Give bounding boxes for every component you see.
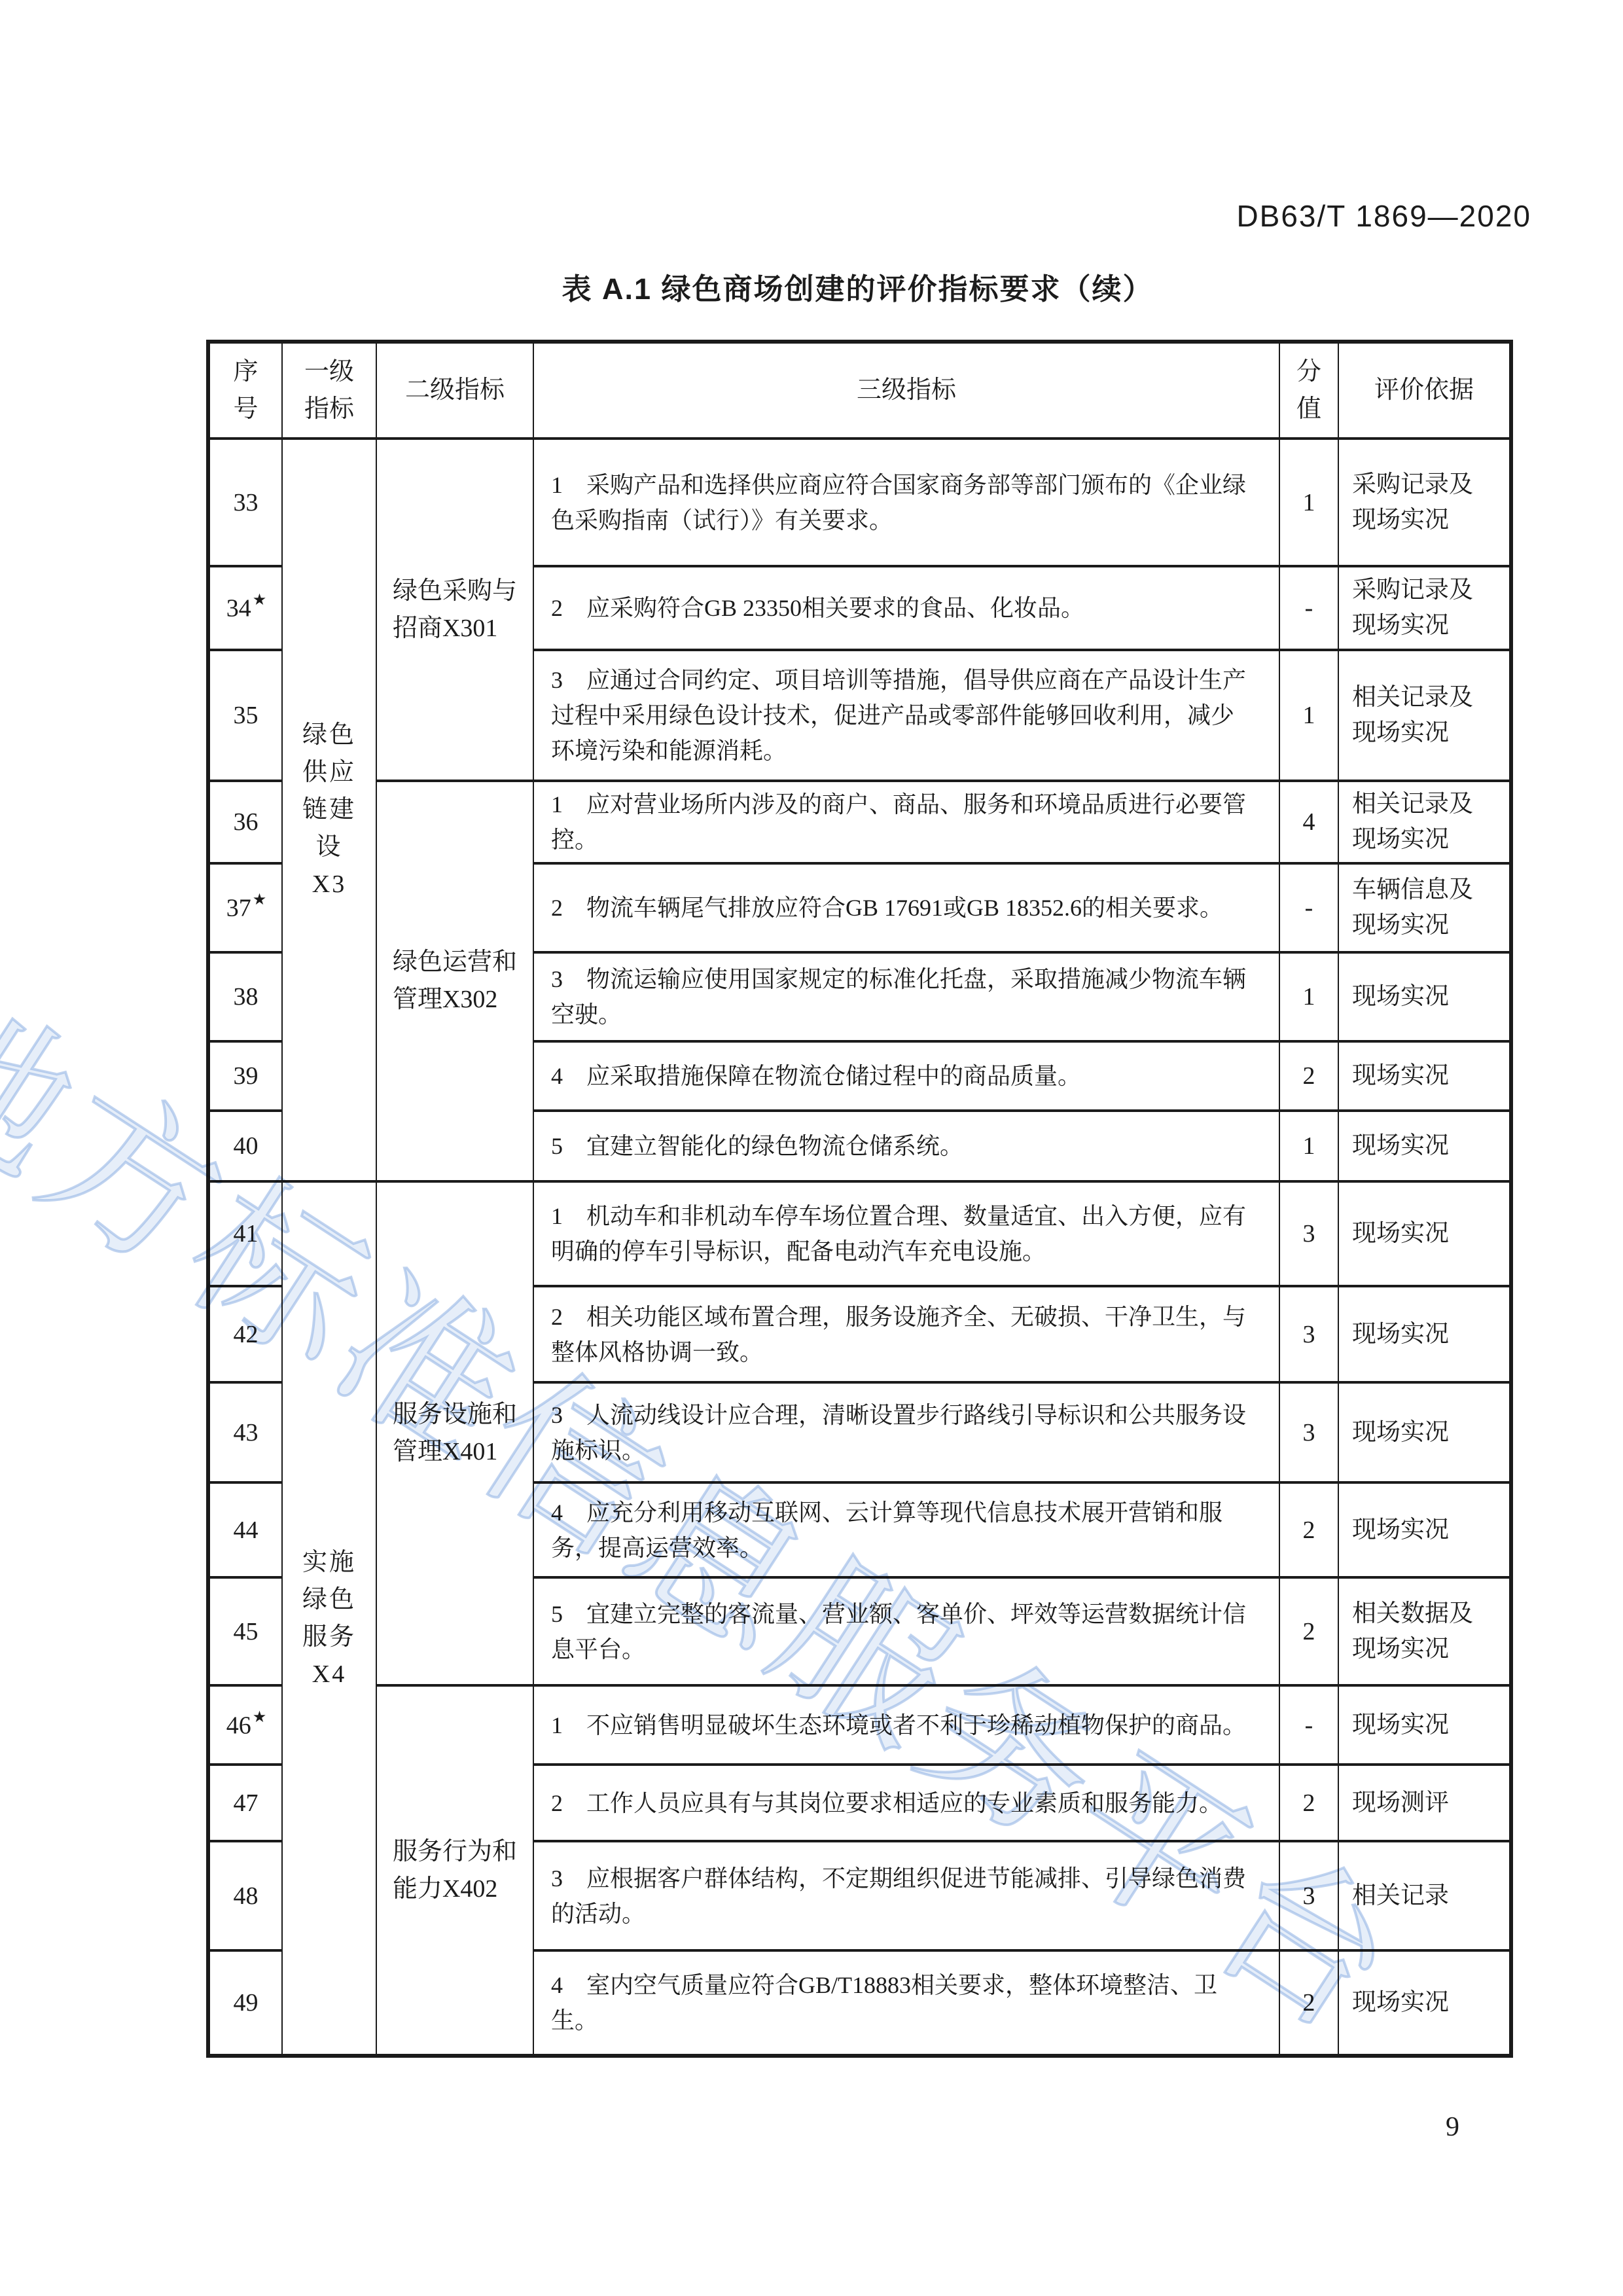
row-42-indicator: 2 相关功能区域布置合理，服务设施齐全、无破损、干净卫生，与 整体风格协调一致。: [533, 1286, 1279, 1382]
basis-text: 采购记录及 现场实况: [1339, 467, 1509, 537]
basis-text: 车辆信息及 现场实况: [1339, 872, 1509, 942]
basis-text: 现场实况: [1339, 1415, 1509, 1450]
table-row-36: 36 绿色运营和 管理X302 1 应对营业场所内涉及的商户、商品、服务和环境品…: [208, 781, 1511, 863]
basis-text: 相关记录: [1339, 1878, 1509, 1914]
row-48-basis: 相关记录: [1338, 1841, 1511, 1950]
row-45-score: 2: [1279, 1577, 1338, 1685]
col-header-score: 分 值: [1279, 342, 1338, 439]
row-43-basis: 现场实况: [1338, 1382, 1511, 1482]
evaluation-indicator-table: 序 号 一级 指标 二级指标 三级指标 分 值 评价依据 33 绿色 供应 链建…: [206, 340, 1513, 2058]
indicator-text: 1 不应销售明显破坏生态环境或者不利于珍稀动植物保护的商品。: [534, 1708, 1279, 1743]
row-37-basis: 车辆信息及 现场实况: [1338, 863, 1511, 952]
level1-group-x3-label: 绿色 供应 链建 设 X3: [302, 717, 356, 903]
level2-group-x402: 服务行为和 能力X402: [376, 1685, 533, 2056]
col-header-level1-label: 一级 指标: [283, 353, 376, 428]
col-header-no-label: 序 号: [210, 353, 281, 428]
row-47-score: 2: [1279, 1765, 1338, 1841]
row-number: 35: [234, 702, 259, 729]
row-43-indicator: 3 人流动线设计应合理，清晰设置步行路线引导标识和公共服务设 施标识。: [533, 1382, 1279, 1482]
level2-group-x302: 绿色运营和 管理X302: [376, 781, 533, 1181]
row-number: 43: [234, 1419, 259, 1446]
row-number: 49: [234, 1989, 259, 2017]
row-47-basis: 现场测评: [1338, 1765, 1511, 1841]
indicator-text: 4 室内空气质量应符合GB/T18883相关要求，整体环境整洁、卫 生。: [534, 1967, 1279, 2038]
basis-text: 现场测评: [1339, 1785, 1509, 1821]
row-34-indicator: 2 应采购符合GB 23350相关要求的食品、化妆品。: [533, 566, 1279, 650]
row-38-basis: 现场实况: [1338, 952, 1511, 1041]
level1-group-x3: 绿色 供应 链建 设 X3: [282, 439, 376, 1181]
row-48-no: 48: [208, 1841, 282, 1950]
row-33-indicator: 1 采购产品和选择供应商应符合国家商务部等部门颁布的《企业绿 色采购指南（试行）…: [533, 439, 1279, 566]
row-44-no: 44: [208, 1482, 282, 1577]
row-38-indicator: 3 物流运输应使用国家规定的标准化托盘，采取措施减少物流车辆 空驶。: [533, 952, 1279, 1041]
col-header-level3-label: 三级指标: [534, 372, 1279, 409]
row-40-score: 1: [1279, 1111, 1338, 1181]
level2-group-x401-label: 服务设施和 管理X401: [393, 1396, 517, 1471]
row-43-no: 43: [208, 1382, 282, 1482]
row-34-score: -: [1279, 566, 1338, 650]
basis-text: 现场实况: [1339, 1985, 1509, 2020]
row-46-basis: 现场实况: [1338, 1685, 1511, 1765]
row-38-no: 38: [208, 952, 282, 1041]
row-49-no: 49: [208, 1950, 282, 2056]
basis-text: 相关记录及 现场实况: [1339, 680, 1509, 750]
row-36-indicator: 1 应对营业场所内涉及的商户、商品、服务和环境品质进行必要管 控。: [533, 781, 1279, 863]
level2-group-x302-label: 绿色运营和 管理X302: [393, 944, 517, 1018]
row-46-indicator: 1 不应销售明显破坏生态环境或者不利于珍稀动植物保护的商品。: [533, 1685, 1279, 1765]
basis-text: 采购记录及 现场实况: [1339, 573, 1509, 643]
star-mark: ★: [253, 592, 267, 609]
row-49-indicator: 4 室内空气质量应符合GB/T18883相关要求，整体环境整洁、卫 生。: [533, 1950, 1279, 2056]
indicator-text: 3 应根据客户群体结构，不定期组织促进节能减排、引导绿色消费 的活动。: [534, 1861, 1279, 1931]
basis-text: 现场实况: [1339, 1058, 1509, 1094]
level2-group-x301-label: 绿色采购与 招商X301: [393, 573, 517, 647]
indicator-text: 2 应采购符合GB 23350相关要求的食品、化妆品。: [534, 590, 1279, 626]
page-number: 9: [1446, 2111, 1459, 2143]
row-42-no: 42: [208, 1286, 282, 1382]
row-46-no: 46★: [208, 1685, 282, 1765]
basis-text: 现场实况: [1339, 1128, 1509, 1164]
document-page: DB63/T 1869—2020 表 A.1 绿色商场创建的评价指标要求（续） …: [0, 0, 1623, 2296]
row-number: 46: [226, 1712, 251, 1739]
row-35-basis: 相关记录及 现场实况: [1338, 650, 1511, 781]
row-40-indicator: 5 宜建立智能化的绿色物流仓储系统。: [533, 1111, 1279, 1181]
col-header-level3: 三级指标: [533, 342, 1279, 439]
level2-group-x301: 绿色采购与 招商X301: [376, 439, 533, 781]
row-48-indicator: 3 应根据客户群体结构，不定期组织促进节能减排、引导绿色消费 的活动。: [533, 1841, 1279, 1950]
col-header-score-label: 分 值: [1280, 353, 1338, 428]
row-41-no: 41: [208, 1181, 282, 1286]
row-43-score: 3: [1279, 1382, 1338, 1482]
indicator-text: 3 人流动线设计应合理，清晰设置步行路线引导标识和公共服务设 施标识。: [534, 1397, 1279, 1468]
row-number: 34: [226, 595, 251, 622]
row-number: 37: [226, 895, 251, 922]
indicator-text: 4 应采取措施保障在物流仓储过程中的商品质量。: [534, 1058, 1279, 1094]
basis-text: 现场实况: [1339, 1216, 1509, 1251]
row-46-score: -: [1279, 1685, 1338, 1765]
row-37-no: 37★: [208, 863, 282, 952]
star-mark: ★: [253, 891, 267, 908]
row-number: 45: [234, 1618, 259, 1645]
indicator-text: 5 宜建立完整的客流量、营业额、客单价、坪效等运营数据统计信 息平台。: [534, 1596, 1279, 1667]
row-49-score: 2: [1279, 1950, 1338, 2056]
row-39-score: 2: [1279, 1041, 1338, 1111]
row-34-no: 34★: [208, 566, 282, 650]
row-47-indicator: 2 工作人员应具有与其岗位要求相适应的专业素质和服务能力。: [533, 1765, 1279, 1841]
row-39-basis: 现场实况: [1338, 1041, 1511, 1111]
row-45-no: 45: [208, 1577, 282, 1685]
indicator-text: 2 相关功能区域布置合理，服务设施齐全、无破损、干净卫生，与 整体风格协调一致。: [534, 1299, 1279, 1370]
basis-text: 现场实况: [1339, 1317, 1509, 1352]
row-37-score: -: [1279, 863, 1338, 952]
level2-group-x401: 服务设施和 管理X401: [376, 1181, 533, 1685]
row-33-score: 1: [1279, 439, 1338, 566]
basis-text: 相关记录及 现场实况: [1339, 787, 1509, 857]
row-40-no: 40: [208, 1111, 282, 1181]
indicator-text: 5 宜建立智能化的绿色物流仓储系统。: [534, 1128, 1279, 1164]
row-44-basis: 现场实况: [1338, 1482, 1511, 1577]
basis-text: 现场实况: [1339, 979, 1509, 1014]
table-row-33: 33 绿色 供应 链建 设 X3 绿色采购与 招商X301 1 采购产品和选择供…: [208, 439, 1511, 566]
level2-group-x402-label: 服务行为和 能力X402: [393, 1833, 517, 1908]
row-number: 40: [234, 1132, 259, 1160]
row-number: 42: [234, 1321, 259, 1348]
indicator-text: 2 工作人员应具有与其岗位要求相适应的专业素质和服务能力。: [534, 1785, 1279, 1821]
row-number: 48: [234, 1882, 259, 1910]
table-header-row: 序 号 一级 指标 二级指标 三级指标 分 值 评价依据: [208, 342, 1511, 439]
row-42-score: 3: [1279, 1286, 1338, 1382]
row-36-score: 4: [1279, 781, 1338, 863]
row-42-basis: 现场实况: [1338, 1286, 1511, 1382]
table-title: 表 A.1 绿色商场创建的评价指标要求（续）: [206, 265, 1509, 308]
row-37-indicator: 2 物流车辆尾气排放应符合GB 17691或GB 18352.6的相关要求。: [533, 863, 1279, 952]
row-34-basis: 采购记录及 现场实况: [1338, 566, 1511, 650]
row-38-score: 1: [1279, 952, 1338, 1041]
indicator-text: 4 应充分利用移动互联网、云计算等现代信息技术展开营销和服 务，提高运营效率。: [534, 1495, 1279, 1566]
table-row-41: 41 实施 绿色 服务 X4 服务设施和 管理X401 1 机动车和非机动车停车…: [208, 1181, 1511, 1286]
row-36-basis: 相关记录及 现场实况: [1338, 781, 1511, 863]
star-mark: ★: [253, 1709, 267, 1726]
indicator-text: 1 机动车和非机动车停车场位置合理、数量适宜、出入方便，应有 明确的停车引导标识…: [534, 1198, 1279, 1269]
basis-text: 相关数据及 现场实况: [1339, 1596, 1509, 1666]
row-35-no: 35: [208, 650, 282, 781]
row-41-score: 3: [1279, 1181, 1338, 1286]
row-number: 38: [234, 983, 259, 1011]
col-header-basis: 评价依据: [1338, 342, 1511, 439]
basis-text: 现场实况: [1339, 1708, 1509, 1743]
row-number: 33: [234, 489, 259, 516]
row-39-indicator: 4 应采取措施保障在物流仓储过程中的商品质量。: [533, 1041, 1279, 1111]
row-number: 47: [234, 1789, 259, 1817]
row-36-no: 36: [208, 781, 282, 863]
row-48-score: 3: [1279, 1841, 1338, 1950]
col-header-basis-label: 评价依据: [1339, 372, 1509, 409]
row-47-no: 47: [208, 1765, 282, 1841]
col-header-level1: 一级 指标: [282, 342, 376, 439]
indicator-text: 1 采购产品和选择供应商应符合国家商务部等部门颁布的《企业绿 色采购指南（试行）…: [534, 467, 1279, 538]
row-44-indicator: 4 应充分利用移动互联网、云计算等现代信息技术展开营销和服 务，提高运营效率。: [533, 1482, 1279, 1577]
row-35-indicator: 3 应通过合同约定、项目培训等措施，倡导供应商在产品设计生产 过程中采用绿色设计…: [533, 650, 1279, 781]
indicator-text: 2 物流车辆尾气排放应符合GB 17691或GB 18352.6的相关要求。: [534, 890, 1279, 925]
col-header-level2-label: 二级指标: [377, 372, 533, 409]
row-40-basis: 现场实况: [1338, 1111, 1511, 1181]
level1-group-x4-label: 实施 绿色 服务 X4: [302, 1544, 356, 1693]
row-45-indicator: 5 宜建立完整的客流量、营业额、客单价、坪效等运营数据统计信 息平台。: [533, 1577, 1279, 1685]
table-row-46: 46★ 服务行为和 能力X402 1 不应销售明显破坏生态环境或者不利于珍稀动植…: [208, 1685, 1511, 1765]
row-number: 44: [234, 1516, 259, 1544]
row-number: 39: [234, 1062, 259, 1090]
row-35-score: 1: [1279, 650, 1338, 781]
row-49-basis: 现场实况: [1338, 1950, 1511, 2056]
indicator-text: 1 应对营业场所内涉及的商户、商品、服务和环境品质进行必要管 控。: [534, 787, 1279, 857]
row-41-basis: 现场实况: [1338, 1181, 1511, 1286]
row-number: 36: [234, 808, 259, 836]
indicator-text: 3 应通过合同约定、项目培训等措施，倡导供应商在产品设计生产 过程中采用绿色设计…: [534, 662, 1279, 768]
row-number: 41: [234, 1220, 259, 1247]
row-33-no: 33: [208, 439, 282, 566]
row-44-score: 2: [1279, 1482, 1338, 1577]
col-header-level2: 二级指标: [376, 342, 533, 439]
standard-code: DB63/T 1869—2020: [1236, 198, 1531, 234]
row-41-indicator: 1 机动车和非机动车停车场位置合理、数量适宜、出入方便，应有 明确的停车引导标识…: [533, 1181, 1279, 1286]
row-39-no: 39: [208, 1041, 282, 1111]
row-45-basis: 相关数据及 现场实况: [1338, 1577, 1511, 1685]
basis-text: 现场实况: [1339, 1513, 1509, 1548]
row-33-basis: 采购记录及 现场实况: [1338, 439, 1511, 566]
col-header-no: 序 号: [208, 342, 282, 439]
level1-group-x4: 实施 绿色 服务 X4: [282, 1181, 376, 2056]
indicator-text: 3 物流运输应使用国家规定的标准化托盘，采取措施减少物流车辆 空驶。: [534, 961, 1279, 1032]
